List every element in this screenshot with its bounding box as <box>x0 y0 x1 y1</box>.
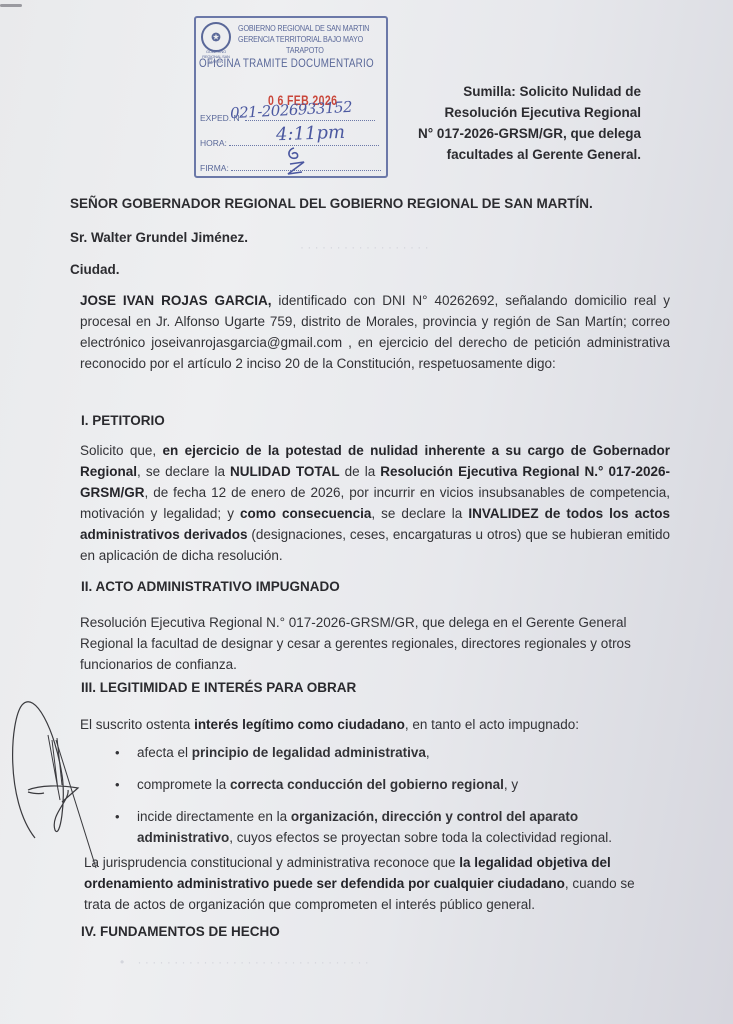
bold-text: como consecuencia <box>240 506 371 521</box>
stamp-line-3: TARAPOTO <box>286 45 324 55</box>
text: , <box>426 745 430 760</box>
petitorio-paragraph: Solicito que, en ejercicio de la potesta… <box>80 440 670 566</box>
reception-stamp: ✪ GOBIERNO REGIONAL SAN MARTIN GOBIERNO … <box>194 16 388 178</box>
text: , y <box>504 777 518 792</box>
heading-petitorio: I. PETITORIO <box>81 413 165 428</box>
addressee-city: Ciudad. <box>70 262 120 277</box>
text: de la <box>340 464 381 479</box>
heading-acto: II. ACTO ADMINISTRATIVO IMPUGNADO <box>81 579 340 594</box>
stamp-line-2: GERENCIA TERRITORIAL BAJO MAYO <box>238 34 363 44</box>
stamp-line-1: GOBIERNO REGIONAL DE SAN MARTIN <box>238 23 369 33</box>
handwritten-time: 4:11pm <box>276 122 346 145</box>
legitimidad-intro: El suscrito ostenta interés legítimo com… <box>80 714 670 735</box>
text: incide directamente en la <box>137 809 291 824</box>
sumilla-line: Sumilla: Solicito Nulidad de <box>400 81 641 102</box>
text: , se declare la <box>371 506 468 521</box>
jurisprudencia-paragraph: La jurisprudencia constitucional y admin… <box>84 852 659 915</box>
sumilla-line: N° 017-2026-GRSM/GR, que delega <box>400 123 641 144</box>
show-through-text: · · · · · · · · · · · · · · · · · · <box>300 240 429 254</box>
bold-text: interés legítimo como ciudadano <box>194 717 405 732</box>
text: compromete la <box>137 777 230 792</box>
bold-text: NULIDAD TOTAL <box>230 464 340 479</box>
regional-seal-icon: ✪ <box>201 22 231 52</box>
stamp-office: OFICINA TRAMITE DOCUMENTARIO <box>199 56 374 70</box>
sumilla-line: facultades al Gerente General. <box>400 144 641 165</box>
text: afecta el <box>137 745 192 760</box>
sumilla: Sumilla: Solicito Nulidad de Resolución … <box>400 81 641 165</box>
addressee-title: SEÑOR GOBERNADOR REGIONAL DEL GOBIERNO R… <box>70 196 593 211</box>
stamp-signature-icon <box>280 146 310 176</box>
show-through-text: • · · · · · · · · · · · · · · · · · · · … <box>120 955 369 969</box>
firma-label: FIRMA: <box>200 163 229 173</box>
bullet-item: incide directamente en la organización, … <box>115 806 675 848</box>
text: , en tanto el acto impugnado: <box>405 717 579 732</box>
petitioner-name: JOSE IVAN ROJAS GARCIA, <box>80 293 272 308</box>
addressee-name: Sr. Walter Grundel Jiménez. <box>70 230 248 245</box>
text: , cuyos efectos se proyectan sobre toda … <box>229 830 612 845</box>
hora-label: HORA: <box>200 138 227 148</box>
acto-paragraph: Resolución Ejecutiva Regional N.° 017-20… <box>80 612 655 675</box>
handwritten-signature-icon <box>0 690 130 870</box>
legitimidad-bullets: afecta el principio de legalidad adminis… <box>115 742 675 859</box>
text: , se declare la <box>137 464 230 479</box>
bullet-item: afecta el principio de legalidad adminis… <box>115 742 675 763</box>
text: La jurisprudencia constitucional y admin… <box>84 855 459 870</box>
text: Solicito que, <box>80 443 163 458</box>
document-page: ✪ GOBIERNO REGIONAL SAN MARTIN GOBIERNO … <box>0 0 733 1024</box>
intro-paragraph: JOSE IVAN ROJAS GARCIA, identificado con… <box>80 290 670 374</box>
bullet-item: compromete la correcta conducción del go… <box>115 774 675 795</box>
bold-text: correcta conducción del gobierno regiona… <box>230 777 504 792</box>
edge-mark <box>0 4 22 7</box>
sumilla-line: Resolución Ejecutiva Regional <box>400 102 641 123</box>
heading-fundamentos: IV. FUNDAMENTOS DE HECHO <box>81 924 280 939</box>
bold-text: principio de legalidad administrativa <box>192 745 426 760</box>
